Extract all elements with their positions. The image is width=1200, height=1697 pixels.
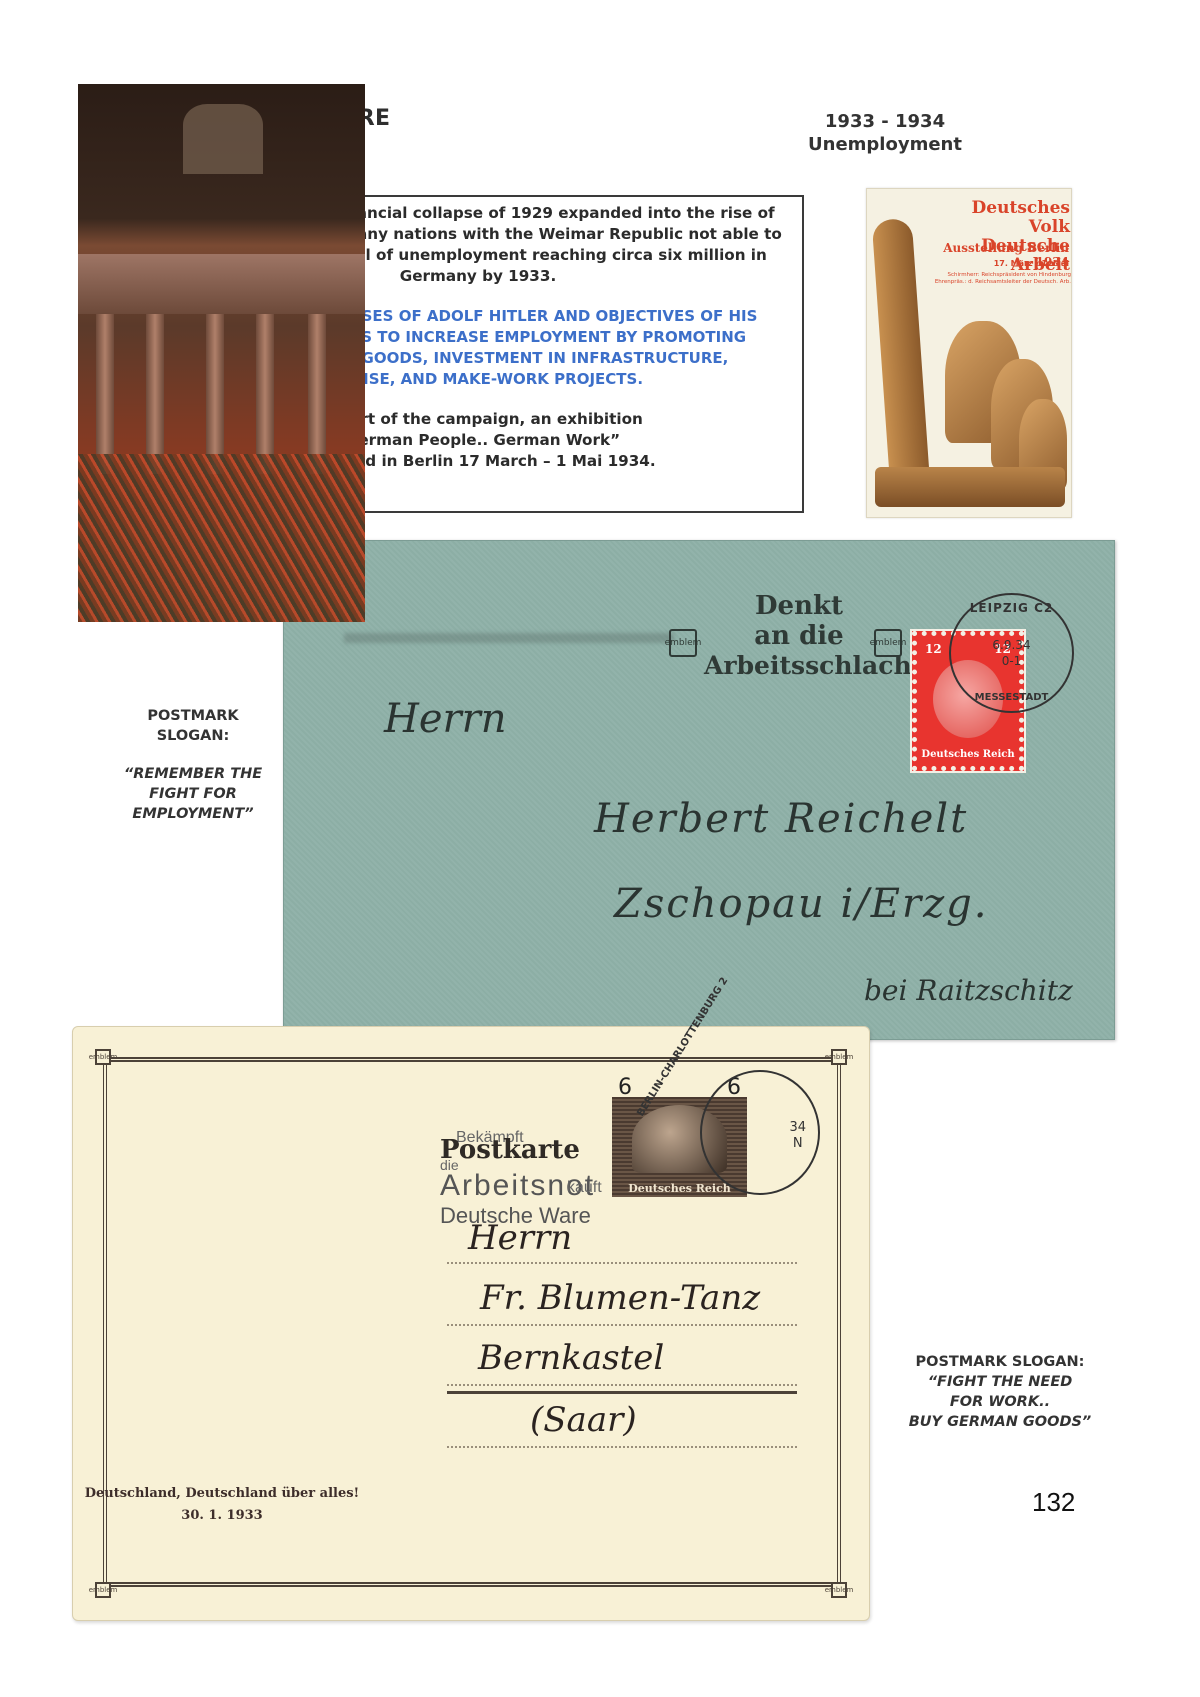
cancel-date-line: N (789, 1136, 806, 1152)
slogan-line: Denkt (704, 591, 894, 621)
slogan-line: Arbeitsschlacht (704, 651, 894, 681)
annotation-heading: SLOGAN: (118, 726, 268, 746)
gate-column (96, 314, 114, 474)
annotation-slogan: EMPLOYMENT” (118, 804, 268, 824)
cancel-city: LEIPZIG C2 (951, 601, 1072, 615)
emblem-corner-icon: emblem (95, 1049, 111, 1065)
address-line (447, 1262, 797, 1264)
envelope-annotation: POSTMARK SLOGAN: “REMEMBER THE FIGHT FOR… (118, 706, 268, 824)
circular-datestamp: LEIPZIG C2 6.9.34 0-1 MESSESTADT (949, 593, 1074, 713)
cancel-date-line: 34 (789, 1120, 806, 1136)
address-extra: bei Raitzschitz (864, 974, 1073, 1007)
gate-attic (78, 254, 365, 314)
address-city: Zschopau i/Erzg. (614, 881, 988, 927)
caption-date: 30. 1. 1933 (72, 1505, 372, 1527)
address-line (447, 1391, 797, 1394)
address-name: Fr. Blumen-Tanz (480, 1278, 760, 1318)
card-caption: Deutschland, Deutschland über alles! 30.… (72, 1483, 372, 1527)
address-line (447, 1446, 797, 1448)
stamp-country: Deutsches Reich (917, 749, 1019, 760)
ink-smudge (344, 633, 674, 643)
figure-base (875, 467, 1065, 507)
gate-column (256, 314, 274, 474)
circular-datestamp: 34 N (700, 1070, 820, 1195)
gate-column (308, 314, 326, 474)
small-print-line: Schirmherr: Reichspräsident von Hindenbu… (923, 272, 1071, 279)
cancel-date: 34 N (789, 1120, 806, 1152)
quadriga-illustration (183, 104, 263, 174)
card-label: Postkarte (440, 1135, 580, 1165)
gate-column (146, 314, 164, 474)
exhibition-vignette: Deutsches Volk Deutsche Arbeit Ausstellu… (866, 188, 1072, 518)
address-city: Bernkastel (478, 1338, 664, 1378)
emblem-mark-icon: emblem (669, 629, 697, 657)
cancel-date-line: 0-1 (951, 653, 1072, 669)
annotation-heading: POSTMARK SLOGAN: (880, 1352, 1120, 1372)
envelope-cover: emblem emblem Denkt an die Arbeitsschlac… (283, 540, 1115, 1040)
vignette-small-print: Schirmherr: Reichspräsident von Hindenbu… (923, 272, 1071, 286)
page-number: 132 (1032, 1487, 1075, 1518)
emblem-corner-icon: emblem (95, 1582, 111, 1598)
annotation-slogan: FIGHT FOR (118, 784, 268, 804)
emblem-corner-icon: emblem (831, 1049, 847, 1065)
cancel-date-line: 6.9.34 (951, 637, 1072, 653)
address-name: Herbert Reichelt (594, 796, 968, 842)
address-line (447, 1324, 797, 1326)
annotation-slogan: “FIGHT THE NEED (880, 1372, 1120, 1392)
stamp-value: 6 (618, 1075, 632, 1100)
address-salutation: Herrn (384, 696, 507, 742)
slogan-line: an die (704, 621, 894, 651)
emblem-corner-icon: emblem (831, 1582, 847, 1598)
gate-column (206, 314, 224, 474)
period-topic: Unemployment (790, 133, 980, 156)
machine-slogan-cancel: Denkt an die Arbeitsschlacht (704, 591, 894, 681)
period-years: 1933 - 1934 (790, 110, 980, 133)
address-salutation: Herrn (468, 1218, 572, 1258)
postcard-annotation: POSTMARK SLOGAN: “FIGHT THE NEED FOR WOR… (880, 1352, 1120, 1432)
address-line (447, 1384, 797, 1386)
torchlight-procession (78, 454, 365, 622)
annotation-slogan: BUY GERMAN GOODS” (880, 1412, 1120, 1432)
stamp-value: 12 (925, 642, 942, 656)
annotation-slogan: “REMEMBER THE (118, 764, 268, 784)
slogan-line: kauft (567, 1179, 602, 1197)
address-region: (Saar) (530, 1400, 637, 1440)
caption-line: Deutschland, Deutschland über alles! (72, 1483, 372, 1505)
small-print-line: Ehrenpräs.: d. Reichsamtsleiter der Deut… (923, 279, 1071, 286)
brandenburg-gate-illustration (78, 84, 365, 622)
vignette-title-line: Deutsches Volk (925, 199, 1070, 237)
vignette-dates: 17. März - 1. Mai (927, 259, 1069, 268)
period-header: 1933 - 1934 Unemployment (790, 110, 980, 157)
annotation-slogan: FOR WORK.. (880, 1392, 1120, 1412)
annotation-heading: POSTMARK (118, 706, 268, 726)
cancel-date: 6.9.34 0-1 (951, 637, 1072, 669)
cancel-bottom: MESSESTADT (951, 692, 1072, 703)
